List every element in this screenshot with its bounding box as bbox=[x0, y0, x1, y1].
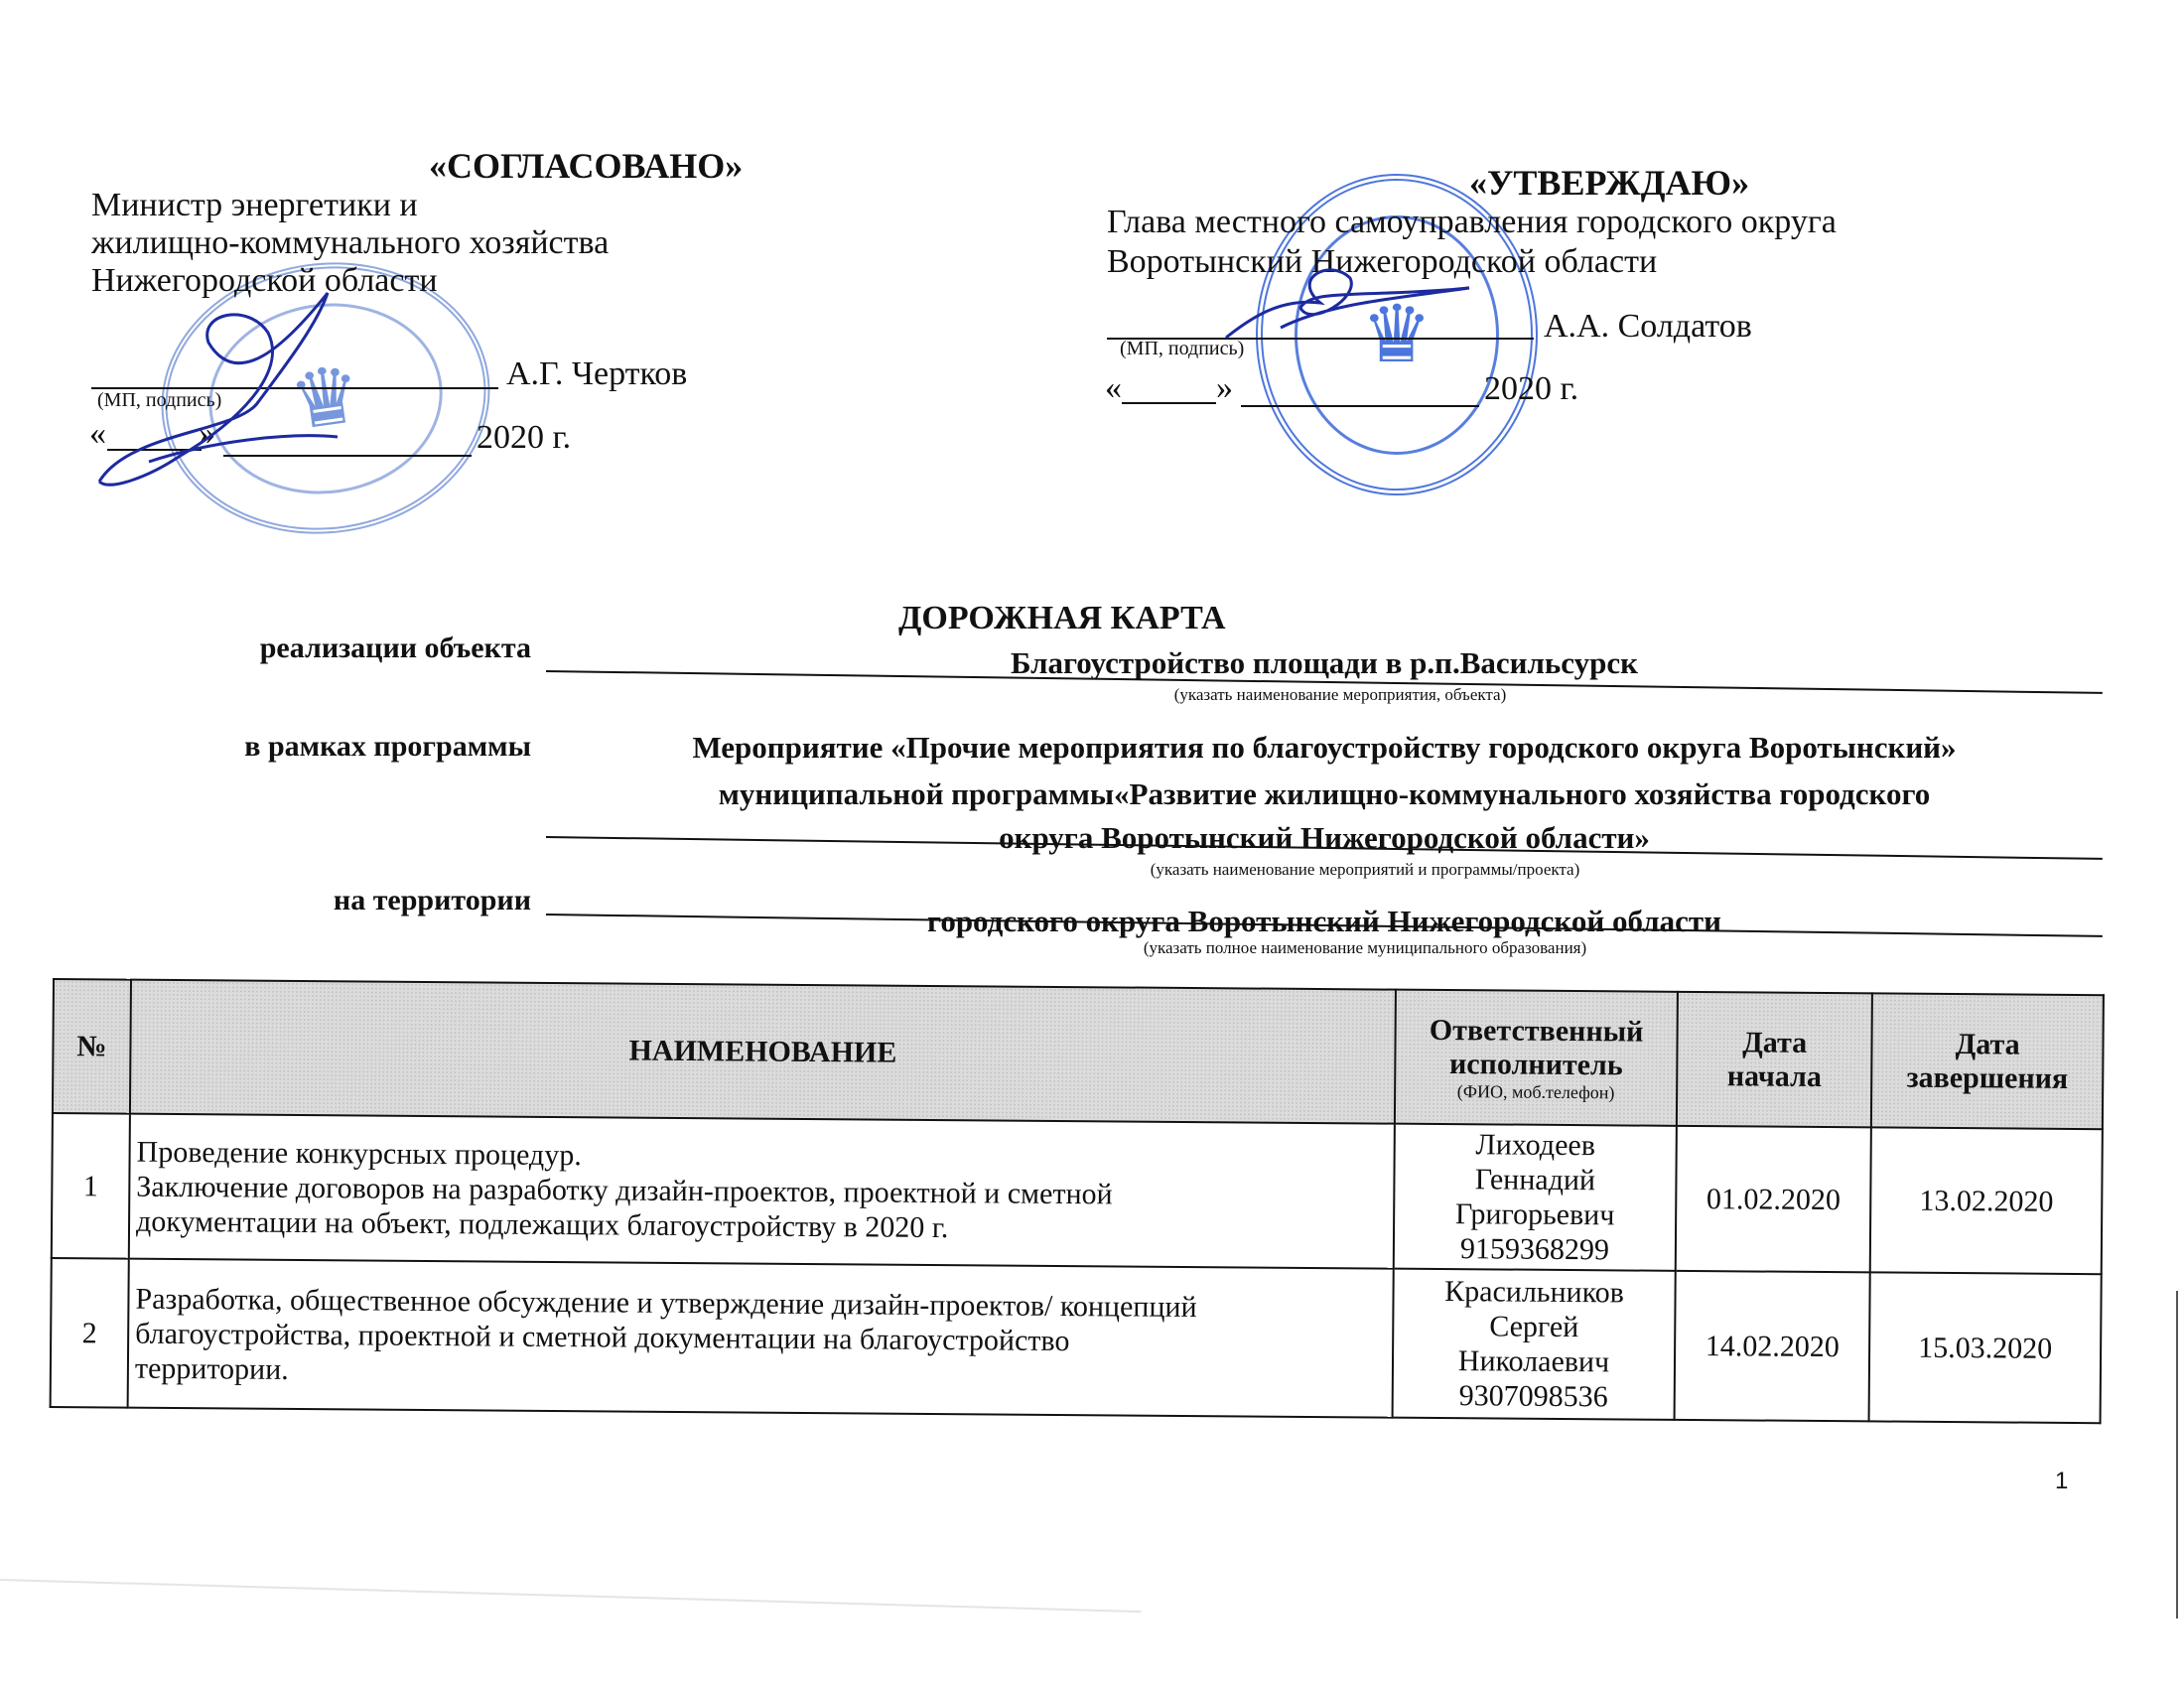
scan-artifact-line bbox=[0, 1579, 1142, 1613]
row-2-end-date: 15.03.2020 bbox=[1869, 1272, 2102, 1423]
agreed-heading: «СОГЛАСОВАНО» bbox=[429, 147, 743, 185]
table-row: 2 Разработка, общественное обсуждение и … bbox=[51, 1258, 2102, 1423]
row-1-resp-name: Геннадий bbox=[1401, 1162, 1669, 1198]
row-2-resp-patronymic: Николаевич bbox=[1400, 1343, 1668, 1380]
table-row: 1 Проведение конкурсных процедур. Заключ… bbox=[52, 1113, 2103, 1274]
program-line-3: округа Воротынский Нижегородской области… bbox=[546, 820, 2103, 856]
row-1-resp-surname: Лиходеев bbox=[1402, 1127, 1670, 1164]
territory-value: городского округа Воротынский Нижегородс… bbox=[546, 904, 2103, 939]
program-label: в рамках программы bbox=[149, 730, 531, 764]
program-hint: (указать наименование мероприятий и прог… bbox=[794, 860, 1936, 880]
scan-edge-line bbox=[2176, 1291, 2178, 1618]
row-1-start-date: 01.02.2020 bbox=[1676, 1126, 1871, 1273]
row-1-end-date: 13.02.2020 bbox=[1870, 1127, 2103, 1274]
header-start-line2: начала bbox=[1684, 1058, 1865, 1093]
header-responsible: Ответственный исполнитель (ФИО, моб.теле… bbox=[1395, 990, 1678, 1126]
row-2-resp-phone: 9307098536 bbox=[1400, 1378, 1668, 1415]
header-start-line1: Дата bbox=[1684, 1025, 1865, 1059]
row-2-resp-name: Сергей bbox=[1400, 1309, 1668, 1345]
row-2-name: Разработка, общественное обсуждение и ут… bbox=[128, 1259, 1394, 1418]
row-1-num: 1 bbox=[52, 1113, 130, 1259]
approved-line-1: Глава местного самоуправления городского… bbox=[1107, 204, 1837, 241]
row-2-resp-surname: Красильников bbox=[1400, 1274, 1668, 1311]
document-title: ДОРОЖНАЯ КАРТА bbox=[898, 600, 1226, 637]
header-num: № bbox=[53, 979, 131, 1114]
approved-month-blank bbox=[1241, 405, 1479, 407]
row-1-resp-patronymic: Григорьевич bbox=[1401, 1196, 1669, 1233]
page-number: 1 bbox=[2055, 1468, 2068, 1495]
table-header-row: № НАИМЕНОВАНИЕ Ответственный исполнитель… bbox=[53, 979, 2104, 1129]
approved-heading: «УТВЕРЖДАЮ» bbox=[1469, 164, 1749, 202]
row-2-responsible: Красильников Сергей Николаевич 930709853… bbox=[1393, 1269, 1676, 1420]
agreed-signature-icon bbox=[89, 283, 347, 496]
approved-signature-icon bbox=[1221, 258, 1479, 348]
row-1-resp-phone: 9159368299 bbox=[1401, 1231, 1669, 1268]
row-2-num: 2 bbox=[51, 1258, 129, 1408]
agreed-signer: А.Г. Чертков bbox=[506, 355, 687, 393]
approved-date-close: » bbox=[1216, 369, 1233, 407]
header-responsible-line1: Ответственный bbox=[1402, 1013, 1670, 1049]
header-end-line1: Дата bbox=[1879, 1027, 2097, 1062]
object-label: реализации объекта bbox=[189, 632, 531, 665]
header-end-line2: завершения bbox=[1878, 1060, 2096, 1096]
agreed-line-2: жилищно-коммунального хозяйства bbox=[91, 224, 609, 262]
object-hint: (указать наименование мероприятия, объек… bbox=[794, 685, 1886, 705]
header-name: НАИМЕНОВАНИЕ bbox=[130, 980, 1396, 1124]
row-2-start-date: 14.02.2020 bbox=[1675, 1271, 1870, 1422]
territory-hint: (указать полное наименование муниципальн… bbox=[794, 938, 1936, 958]
header-responsible-sub: (ФИО, моб.телефон) bbox=[1402, 1080, 1670, 1102]
approved-signer: А.А. Солдатов bbox=[1544, 308, 1752, 346]
approved-date-year: 2020 г. bbox=[1484, 370, 1578, 408]
header-start-date: Дата начала bbox=[1677, 992, 1872, 1128]
row-1-responsible: Лиходеев Геннадий Григорьевич 9159368299 bbox=[1394, 1124, 1677, 1271]
agreed-date-year: 2020 г. bbox=[477, 419, 571, 457]
agreed-line-1: Министр энергетики и bbox=[91, 187, 418, 224]
header-responsible-line2: исполнитель bbox=[1402, 1047, 1670, 1082]
object-value: Благоустройство площади в р.п.Васильсурс… bbox=[546, 645, 2103, 681]
program-line-1: Мероприятие «Прочие мероприятия по благо… bbox=[546, 730, 2103, 766]
header-end-date: Дата завершения bbox=[1871, 993, 2104, 1129]
row-1-name: Проведение конкурсных процедур. Заключен… bbox=[129, 1114, 1395, 1269]
program-line-2: муниципальной программы«Развитие жилищно… bbox=[546, 776, 2103, 812]
territory-label: на территории bbox=[189, 884, 531, 917]
roadmap-table: № НАИМЕНОВАНИЕ Ответственный исполнитель… bbox=[50, 978, 2105, 1424]
approved-date-open: « bbox=[1105, 369, 1122, 407]
approved-day-blank bbox=[1122, 402, 1216, 404]
